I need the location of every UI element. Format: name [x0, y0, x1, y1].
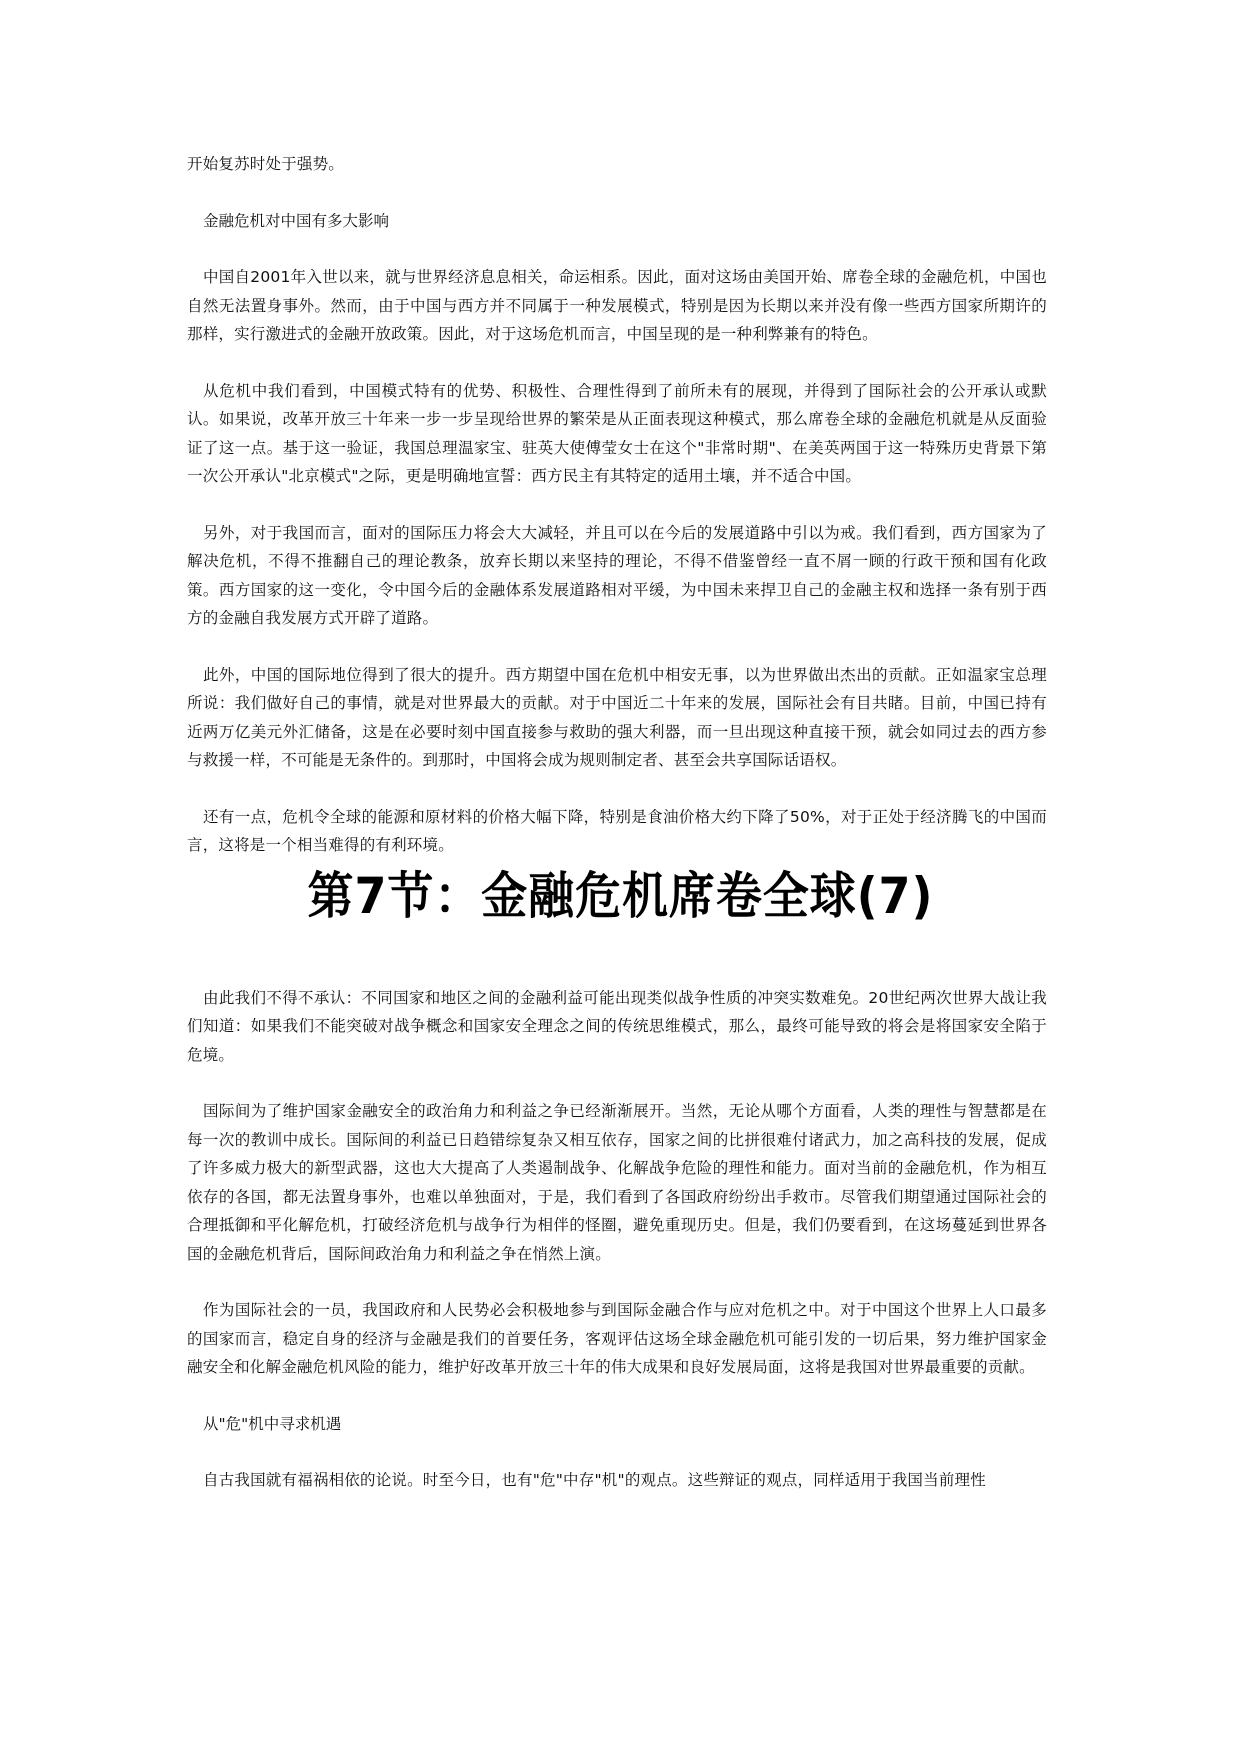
paragraph-political-contest: 国际间为了维护国家金融安全的政治角力和利益之争已经渐渐展开。当然，无论从哪个方面… — [187, 1097, 1047, 1268]
paragraph-reduced-pressure: 另外，对于我国而言，面对的国际压力将会大大减轻，并且可以在今后的发展道路中引以为… — [187, 519, 1047, 633]
paragraph-continuation: 开始复苏时处于强势。 — [187, 150, 1047, 179]
document-page: 开始复苏时处于强势。 金融危机对中国有多大影响 中国自2001年入世以来，就与世… — [187, 150, 1047, 1523]
paragraph-china-model: 从危机中我们看到，中国模式特有的优势、积极性、合理性得到了前所未有的展现，并得到… — [187, 377, 1047, 491]
paragraph-commodity-prices: 还有一点，危机令全球的能源和原材料的价格大幅下降，特别是食油价格大约下降了50%… — [187, 803, 1047, 860]
section-subheading-impact-on-china: 金融危机对中国有多大影响 — [187, 207, 1047, 236]
paragraph-international-status: 此外，中国的国际地位得到了很大的提升。西方期望中国在危机中相安无事，以为世界做出… — [187, 661, 1047, 775]
section-subheading-opportunity: 从"危"机中寻求机遇 — [187, 1410, 1047, 1439]
chapter-title: 第7节：金融危机席卷全球(7) — [50, 866, 1192, 926]
paragraph-wto-entry: 中国自2001年入世以来，就与世界经济息息相关，命运相系。因此，面对这场由美国开… — [187, 263, 1047, 349]
paragraph-china-contribution: 作为国际社会的一员，我国政府和人民势必会积极地参与到国际金融合作与应对危机之中。… — [187, 1296, 1047, 1382]
paragraph-dialectic: 自古我国就有福祸相依的论说。时至今日，也有"危"中存"机"的观点。这些辩证的观点… — [187, 1466, 1047, 1495]
paragraph-financial-conflict: 由此我们不得不承认：不同国家和地区之间的金融利益可能出现类似战争性质的冲突实数难… — [187, 984, 1047, 1070]
